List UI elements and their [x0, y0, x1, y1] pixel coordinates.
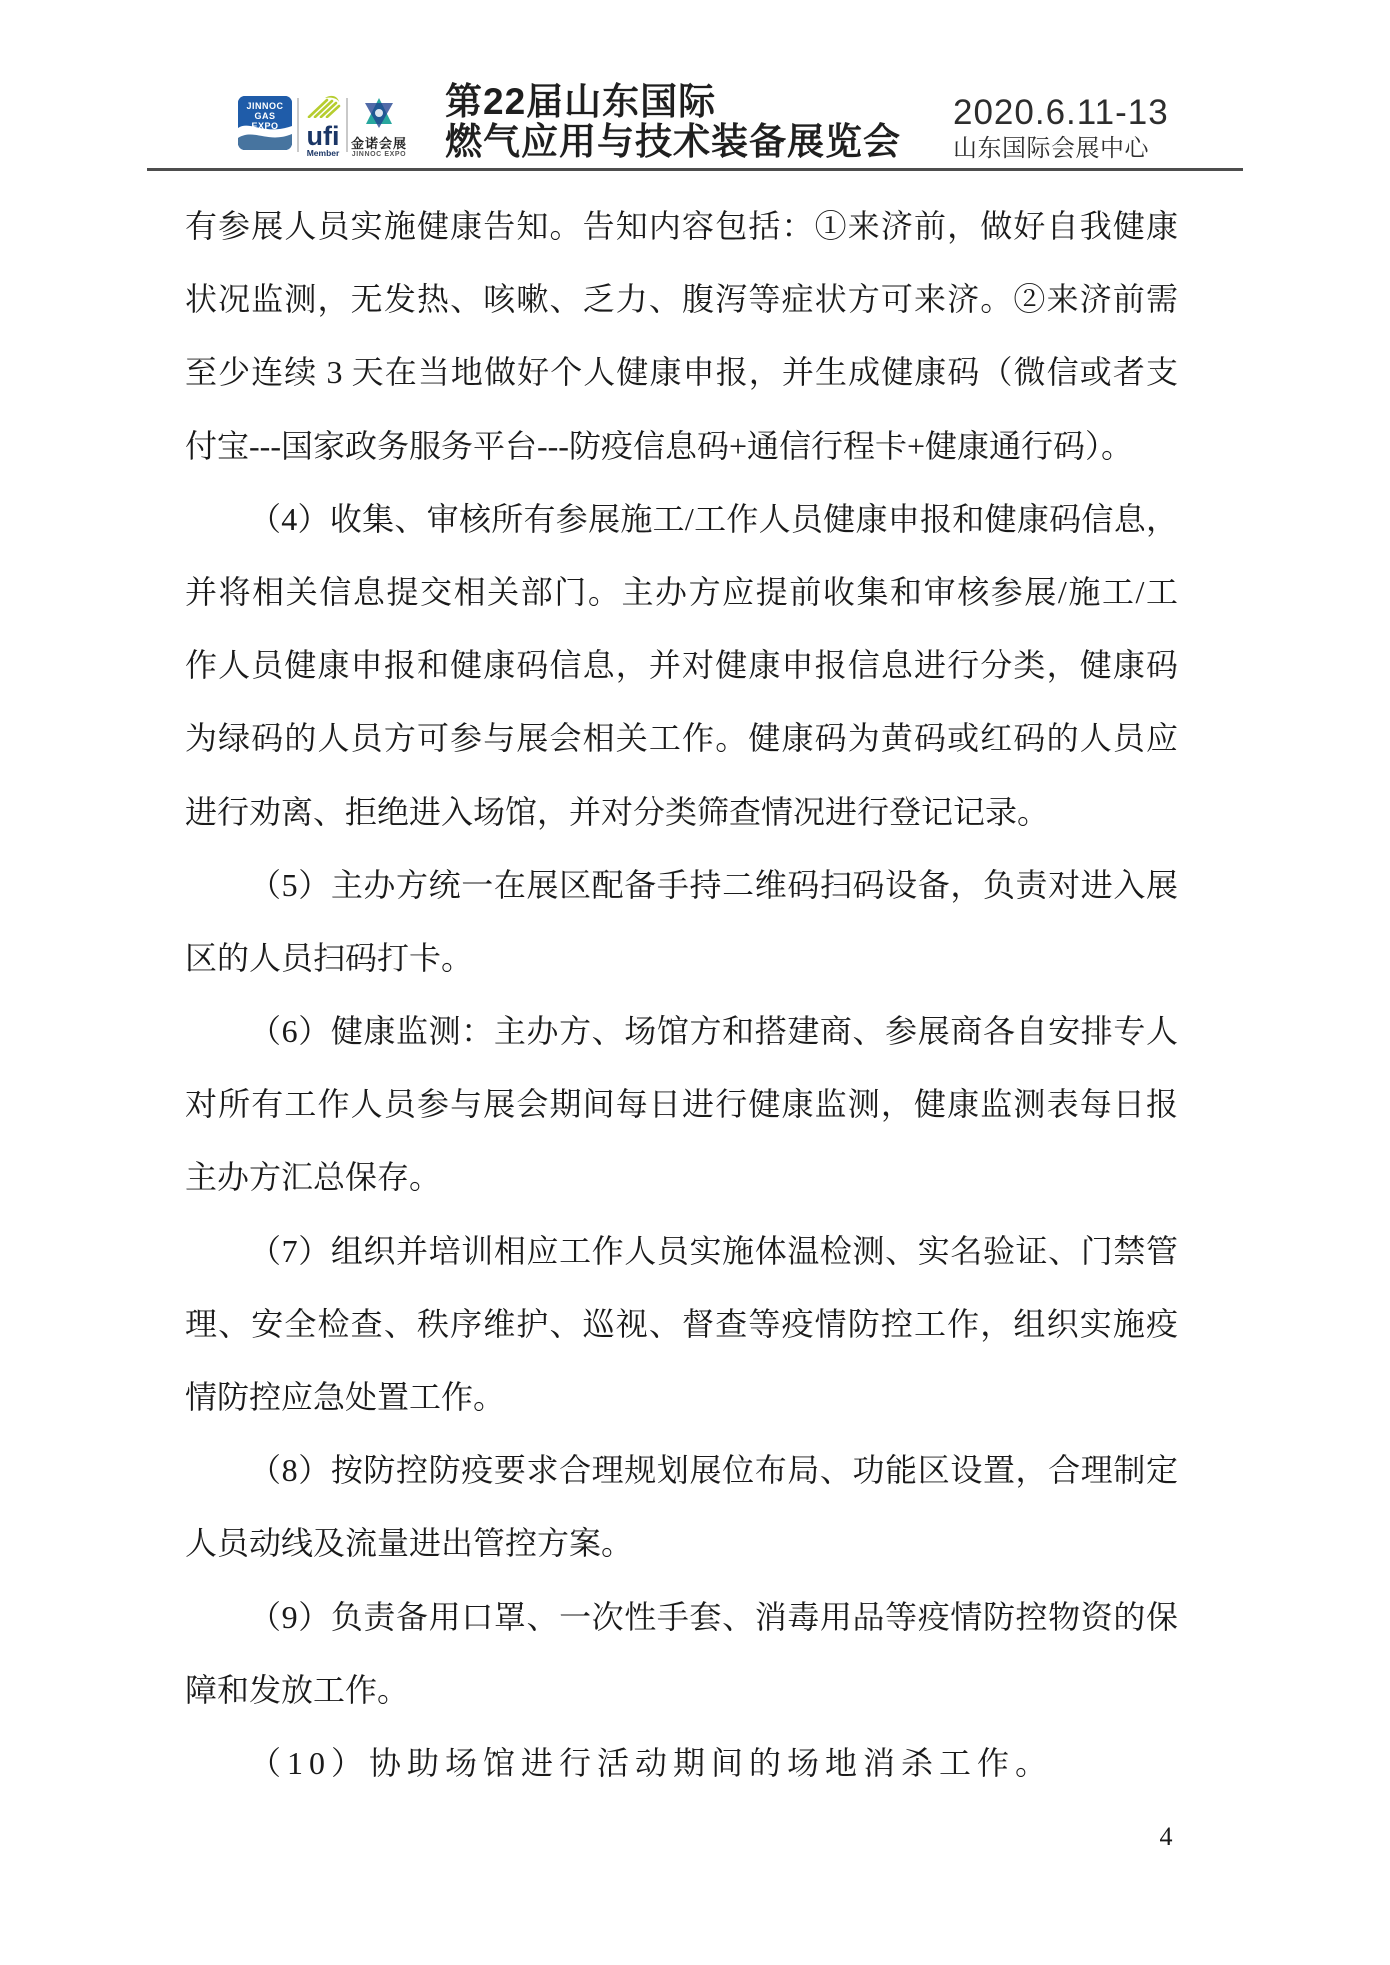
text-line: 主办方汇总保存。 [185, 1141, 1178, 1214]
text-line: 为绿码的人员方可参与展会相关工作。健康码为黄码或红码的人员应 [185, 702, 1178, 775]
jinnoc-gas-expo-logo: JINNOC GAS EXPO [238, 96, 292, 150]
logo-separator [346, 98, 348, 152]
ufi-logo-text: ufi [301, 123, 345, 149]
logo-separator [297, 98, 299, 152]
text-line: 情防控应急处置工作。 [185, 1361, 1178, 1434]
document-page: JINNOC GAS EXPO ufi Member [0, 0, 1390, 1965]
text-line: 状况监测，无发热、咳嗽、乏力、腹泻等症状方可来济。②来济前需 [185, 263, 1178, 336]
text-line: 作人员健康申报和健康码信息，并对健康申报信息进行分类，健康码 [185, 629, 1178, 702]
text-line: 人员动线及流量进出管控方案。 [185, 1507, 1178, 1580]
ufi-rays-icon [305, 94, 341, 118]
text-line: 至少连续 3 天在当地做好个人健康申报，并生成健康码（微信或者支 [185, 336, 1178, 409]
exhibition-title-line1: 第22届山东国际 [445, 82, 901, 122]
event-date-venue: 2020.6.11-13 山东国际会展中心 [953, 94, 1169, 162]
text-line: 对所有工作人员参与展会期间每日进行健康监测，健康监测表每日报 [185, 1068, 1178, 1141]
text-line: （5）主办方统一在展区配备手持二维码扫码设备，负责对进入展 [185, 849, 1178, 922]
text-line: 付宝---国家政务服务平台---防疫信息码+通信行程卡+健康通行码）。 [185, 410, 1178, 483]
expo-logo-en-text: JINNOC EXPO [350, 151, 408, 159]
exhibition-title: 第22届山东国际 燃气应用与技术装备展览会 [445, 82, 901, 162]
ufi-member-logo: ufi Member [301, 94, 345, 158]
gas-logo-text: JINNOC GAS EXPO [238, 101, 292, 131]
expo-logo-cn-text: 金诺会展 [350, 137, 408, 151]
text-line: （9）负责备用口罩、一次性手套、消毒用品等疫情防控物资的保 [185, 1581, 1178, 1654]
exhibition-title-line2: 燃气应用与技术装备展览会 [445, 122, 901, 162]
text-line: （7）组织并培训相应工作人员实施体温检测、实名验证、门禁管 [185, 1215, 1178, 1288]
text-line: 区的人员扫码打卡。 [185, 922, 1178, 995]
text-line: 并将相关信息提交相关部门。主办方应提前收集和审核参展/施工/工 [185, 556, 1178, 629]
text-line: 进行劝离、拒绝进入场馆，并对分类筛查情况进行登记记录。 [185, 776, 1178, 849]
text-line: 障和发放工作。 [185, 1654, 1178, 1727]
gas-logo-line1: JINNOC [238, 101, 292, 111]
text-line: （4）收集、审核所有参展施工/工作人员健康申报和健康码信息， [185, 483, 1178, 556]
gas-logo-line2: GAS [238, 111, 292, 121]
text-line: 理、安全检查、秩序维护、巡视、督查等疫情防控工作，组织实施疫 [185, 1288, 1178, 1361]
text-line: 有参展人员实施健康告知。告知内容包括：①来济前，做好自我健康 [185, 190, 1178, 263]
text-line: （8）按防控防疫要求合理规划展位布局、功能区设置，合理制定 [185, 1434, 1178, 1507]
jinnoc-expo-logo: 金诺会展 JINNOC EXPO [350, 97, 408, 159]
header-divider [147, 168, 1243, 171]
text-line: （6）健康监测：主办方、场馆方和搭建商、参展商各自安排专人 [185, 995, 1178, 1068]
event-venue: 山东国际会展中心 [953, 135, 1169, 162]
page-number: 4 [1148, 1822, 1184, 1852]
text-line: （10）协助场馆进行活动期间的场地消杀工作。 [185, 1727, 1178, 1800]
gas-logo-line3: EXPO [238, 121, 292, 131]
ufi-member-text: Member [301, 149, 345, 158]
document-body: 有参展人员实施健康告知。告知内容包括：①来济前，做好自我健康 状况监测，无发热、… [185, 190, 1178, 1800]
event-date: 2020.6.11-13 [953, 94, 1169, 132]
pinwheel-star-icon [362, 97, 396, 131]
